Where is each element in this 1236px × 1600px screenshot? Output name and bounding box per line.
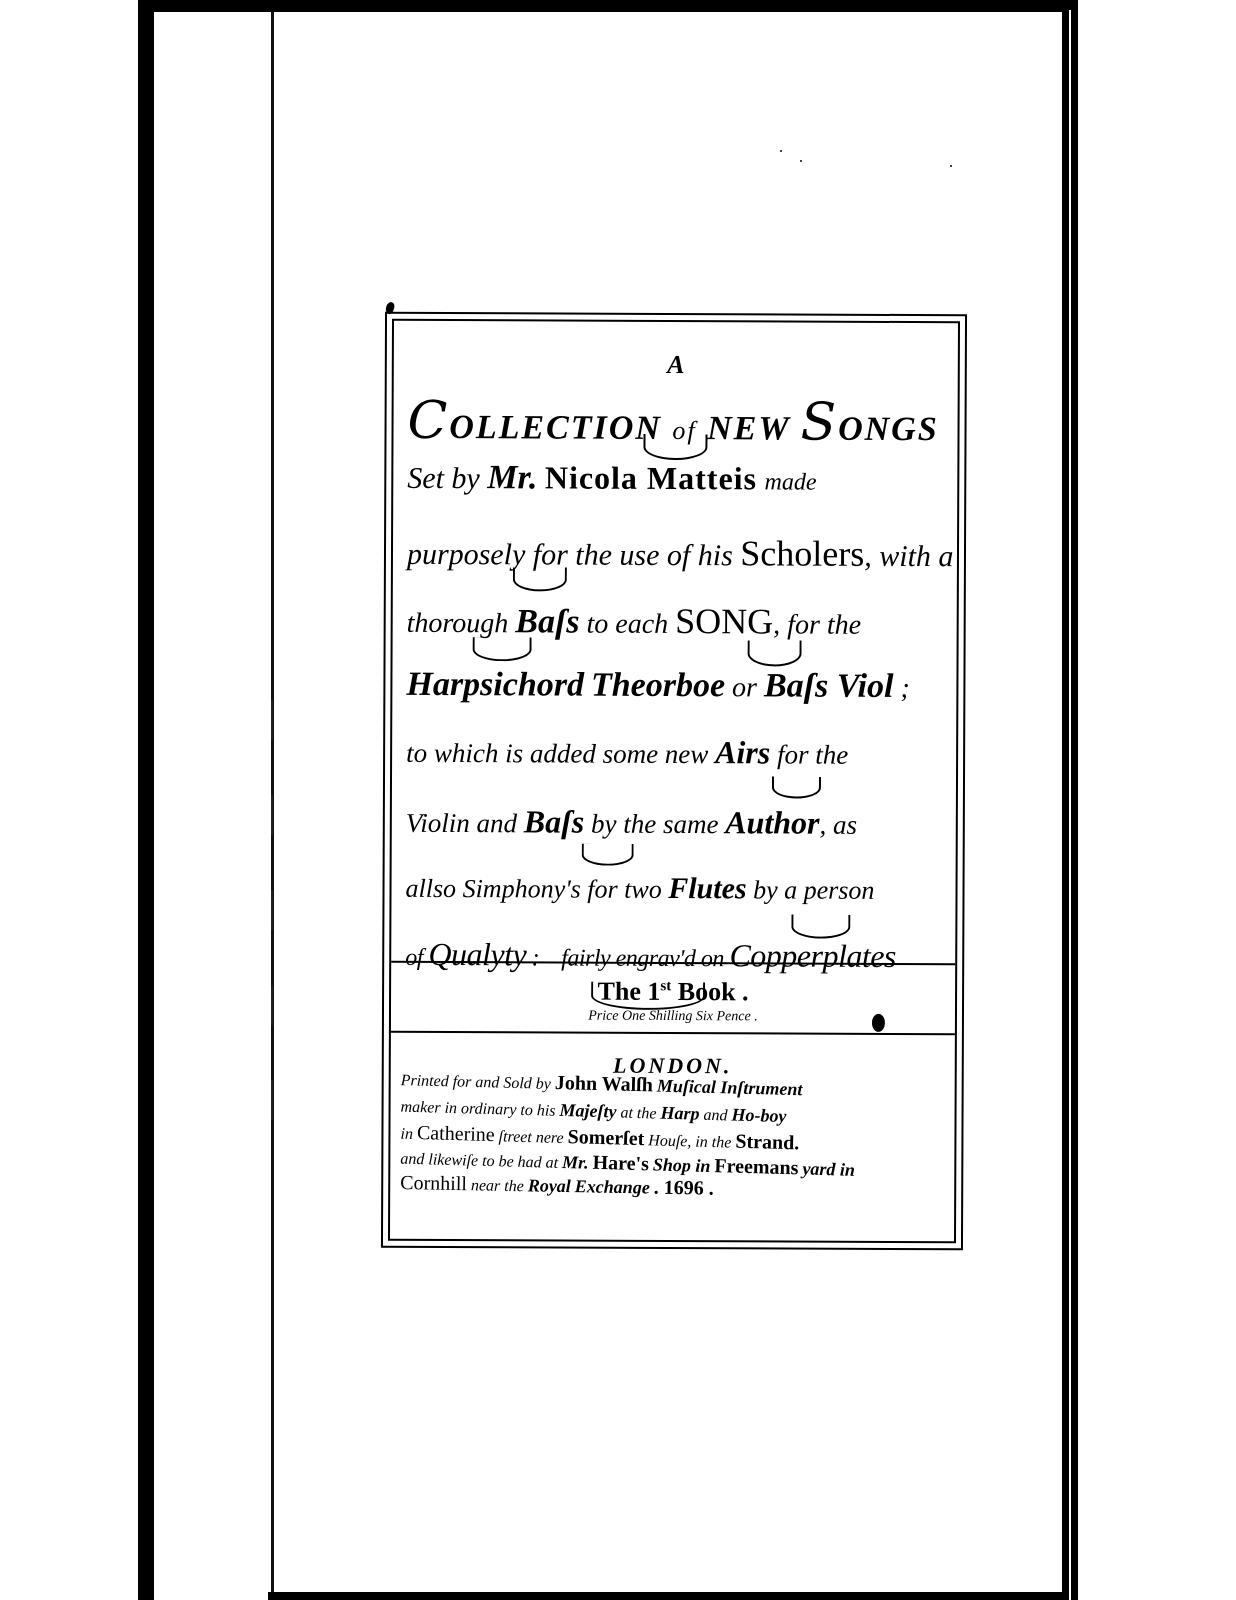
scan-speck <box>950 165 952 167</box>
flourish-swash <box>791 915 850 939</box>
publication-year: . 1696 . <box>654 1177 714 1200</box>
scan-edge-left <box>138 0 154 1600</box>
imprint-panel: LONDON. Printed for and Sold by John Wal… <box>390 1038 955 1241</box>
title-line-purposely: purposely for the use of his Scholers, w… <box>407 531 947 575</box>
composer-name: Nicola Matteis <box>545 459 757 496</box>
title-page-inner-frame: A COLLECTION of NEW SONGS Set by Mr. Nic… <box>388 319 960 1243</box>
flourish-swash <box>513 567 567 591</box>
title-line-simphonys: allso Simphony's for two Flutes by a per… <box>405 871 945 907</box>
title-line-violin: Violin and Baſs by the same Author, as <box>406 803 946 842</box>
flourish-swash <box>748 640 802 666</box>
title-line-instruments: Harpsichord Theorboe or Baſs Viol ; <box>406 666 946 706</box>
title-panel: A COLLECTION of NEW SONGS Set by Mr. Nic… <box>391 321 958 958</box>
scan-edge-top <box>138 0 1078 12</box>
book-number: The 1st Book . <box>391 976 955 1008</box>
book-price: Price One Shilling Six Pence . <box>391 1008 955 1026</box>
scan-speck <box>780 150 782 152</box>
divider-bottom <box>391 1031 955 1035</box>
scan-speck <box>800 160 802 162</box>
title-page-frame: A COLLECTION of NEW SONGS Set by Mr. Nic… <box>381 312 967 1251</box>
flourish-swash <box>473 637 532 661</box>
flourish-swash <box>582 844 634 866</box>
flourish-swash <box>643 434 707 460</box>
title-line-set-by: Set by Mr. Nicola Matteis made <box>407 459 947 499</box>
page-bottom-edge <box>268 1592 1068 1600</box>
scan-edge-right-line <box>1069 10 1071 1600</box>
ink-dot <box>872 1014 885 1032</box>
title-article: A <box>394 349 958 381</box>
book-info-panel: The 1st Book . Price One Shilling Six Pe… <box>391 966 955 1030</box>
flourish-swash <box>772 776 821 798</box>
margin-marks <box>268 700 276 1200</box>
title-line-airs: to which is added some new Airs for the <box>406 733 946 772</box>
